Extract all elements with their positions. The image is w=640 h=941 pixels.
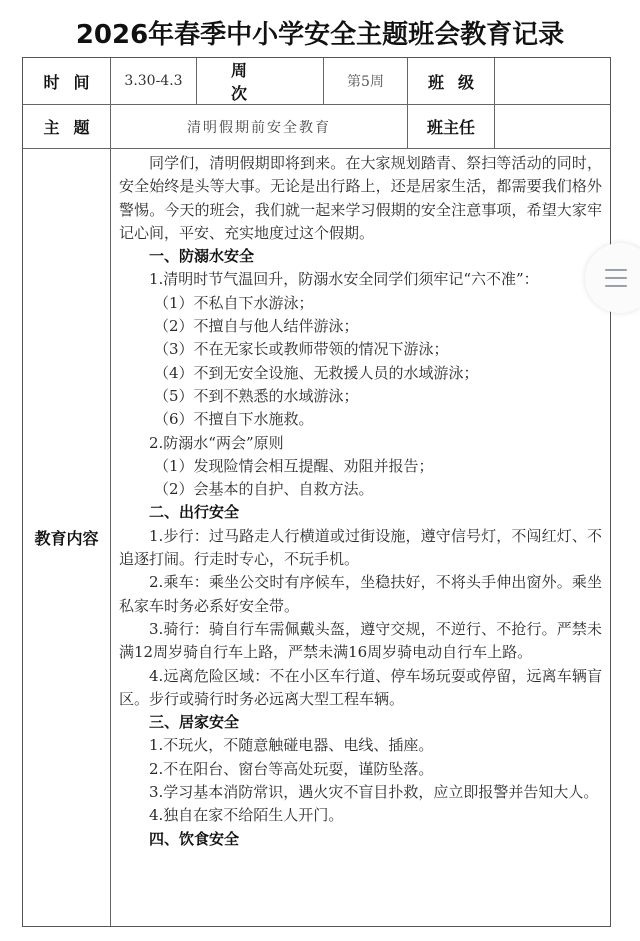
education-content: 同学们，清明假期即将到来。在大家规划踏青、祭扫等活动的同时，安全始终是头等大事。… — [111, 149, 610, 926]
list-item: （6）不擅自下水施救。 — [119, 408, 602, 431]
paragraph: 2.乘车：乘坐公交时有序候车，坐稳扶好，不将头手伸出窗外。乘坐私家车时务必系好安… — [119, 571, 602, 618]
class-label: 班级 — [408, 58, 495, 105]
paragraph: 1.步行：过马路走人行横道或过街设施，遵守信号灯，不闯红灯、不追逐打闹。行走时专… — [119, 525, 602, 572]
paragraph: 4.独自在家不给陌生人开门。 — [119, 804, 602, 827]
section-heading: 一、防溺水安全 — [119, 245, 602, 268]
week-value: 第5周 — [324, 58, 408, 105]
list-item: （3）不在无家长或教师带领的情况下游泳； — [119, 338, 602, 361]
list-item: （1）发现险情会相互提醒、劝阻并报告； — [119, 455, 602, 478]
list-item: （2）会基本的自护、自救方法。 — [119, 478, 602, 501]
intro-paragraph: 同学们，清明假期即将到来。在大家规划踏青、祭扫等活动的同时，安全始终是头等大事。… — [119, 152, 602, 245]
class-value — [495, 58, 610, 105]
page-title: 2026年春季中小学安全主题班会教育记录 — [0, 14, 640, 51]
topic-label: 主题 — [23, 105, 111, 149]
record-table: 时间 3.30-4.3 周次 第5周 班级 主题 清明假期前安全教育 班主任 教… — [22, 57, 611, 927]
section-heading: 二、出行安全 — [119, 501, 602, 524]
paragraph: 2.防溺水“两会”原则 — [119, 432, 602, 455]
teacher-label: 班主任 — [408, 105, 495, 149]
content-label: 教育内容 — [23, 149, 111, 926]
list-item: （1）不私自下水游泳； — [119, 292, 602, 315]
week-label: 周次 — [197, 58, 324, 105]
paragraph: 3.学习基本消防常识，遇火灾不盲目扑救，应立即报警并告知大人。 — [119, 781, 602, 804]
time-value: 3.30-4.3 — [111, 58, 197, 105]
section-heading: 三、居家安全 — [119, 711, 602, 734]
section-heading: 四、饮食安全 — [119, 828, 602, 851]
topic-value: 清明假期前安全教育 — [111, 105, 408, 149]
teacher-value — [495, 105, 610, 149]
list-item: （2）不擅自与他人结伴游泳； — [119, 315, 602, 338]
list-item: （4）不到无安全设施、无救援人员的水域游泳； — [119, 362, 602, 385]
paragraph: 1.不玩火，不随意触碰电器、电线、插座。 — [119, 734, 602, 757]
time-label: 时间 — [23, 58, 111, 105]
paragraph: 2.不在阳台、窗台等高处玩耍，谨防坠落。 — [119, 758, 602, 781]
paragraph: 1.清明时节气温回升，防溺水安全同学们须牢记“六不准”： — [119, 268, 602, 291]
paragraph: 3.骑行：骑自行车需佩戴头盔，遵守交规，不逆行、不抢行。严禁未满12周岁骑自行车… — [119, 618, 602, 665]
paragraph: 4.远离危险区域：不在小区车行道、停车场玩耍或停留，远离车辆盲区。步行或骑行时务… — [119, 665, 602, 712]
list-item: （5）不到不熟悉的水域游泳； — [119, 385, 602, 408]
